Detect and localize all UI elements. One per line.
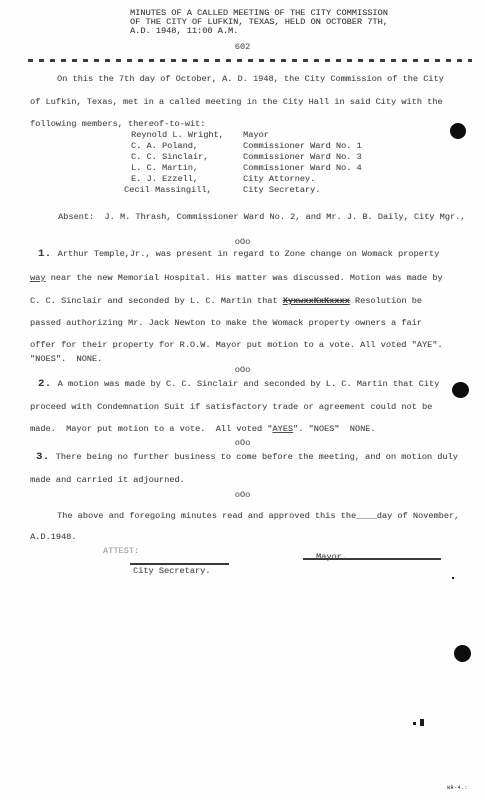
item2-line-1-text: A motion was made by C. C. Sinclair and … (58, 379, 440, 389)
item1-line-6: "NOES". NONE. (30, 354, 102, 364)
item2-number: 2. (38, 378, 52, 390)
intro-line-2: of Lufkin, Texas, met in a called meetin… (30, 97, 443, 107)
hole-punch-mark (452, 382, 469, 398)
mayor-label: Mayor. (316, 552, 347, 562)
section-separator: oOo (0, 438, 485, 448)
member-name: E. J. Ezzell, (131, 174, 243, 184)
item3-number: 3. (36, 451, 50, 463)
doc-title-line-3: A.D. 1948, 11:00 A.M. (130, 26, 238, 36)
item2-underlined-word: AYES (272, 424, 293, 434)
intro-line-3: following members, thereof-to-wit: (30, 119, 205, 129)
item2-line-1: 2.A motion was made by C. C. Sinclair an… (38, 379, 439, 389)
item2-line-2: proceed with Condemnation Suit if satisf… (30, 402, 432, 412)
attest-label: ATTEST: (103, 546, 139, 556)
ink-speck (452, 577, 454, 579)
secretary-signature-line (130, 563, 229, 565)
member-row: Reynold L. Wright,Mayor (131, 130, 269, 140)
absent-line: Absent: J. M. Thrash, Commissioner Ward … (58, 212, 465, 222)
item2-line-3: made. Mayor put motion to a vote. All vo… (30, 424, 376, 434)
member-name: L. C. Martin, (131, 163, 243, 173)
item1-line-1: 1.Arthur Temple,Jr., was present in rega… (38, 249, 439, 259)
hole-punch-mark (450, 123, 466, 139)
member-title: Mayor (243, 130, 269, 140)
page-number: 602 (0, 42, 485, 52)
member-row: C. A. Poland,Commissioner Ward No. 1 (131, 141, 362, 151)
ink-speck (413, 722, 416, 725)
section-separator: oOo (0, 365, 485, 375)
item1-struck-word: XyxwxxKxKxxxx (283, 296, 350, 306)
member-name: Cecil Massingill, (124, 185, 243, 195)
member-row: L. C. Martin,Commissioner Ward No. 4 (131, 163, 362, 173)
scanned-minutes-page: MINUTES OF A CALLED MEETING OF THE CITY … (0, 0, 485, 800)
hole-punch-mark (454, 645, 471, 662)
member-title: City Attorney. (243, 174, 315, 184)
member-row: Cecil Massingill,City Secretary. (124, 185, 320, 195)
item1-line-5: offer for their property for R.O.W. Mayo… (30, 340, 443, 350)
ink-speck (420, 719, 424, 726)
section-separator: oOo (0, 490, 485, 500)
member-title: City Secretary. (243, 185, 320, 195)
item1-line-3: C. C. Sinclair and seconded by L. C. Mar… (30, 296, 422, 306)
member-row: C. C. Sinclair,Commissioner Ward No. 3 (131, 152, 362, 162)
item1-line-1-text: Arthur Temple,Jr., was present in regard… (58, 249, 440, 259)
member-row: E. J. Ezzell,City Attorney. (131, 174, 315, 184)
secretary-label: City Secretary. (133, 566, 210, 576)
member-title: Commissioner Ward No. 1 (243, 141, 362, 151)
member-title: Commissioner Ward No. 4 (243, 163, 362, 173)
item1-number: 1. (38, 248, 52, 260)
member-name: Reynold L. Wright, (131, 130, 243, 140)
intro-line-1: On this the 7th day of October, A. D. 19… (57, 74, 444, 84)
item1-line-3-pre: C. C. Sinclair and seconded by L. C. Mar… (30, 296, 283, 306)
member-title: Commissioner Ward No. 3 (243, 152, 362, 162)
dashed-divider (28, 59, 472, 62)
closing-line-2: A.D.1948. (30, 532, 76, 542)
item1-underlined-word: way (30, 273, 45, 283)
item2-line-3-post: ". "NOES" NONE. (293, 424, 376, 434)
closing-line-1: The above and foregoing minutes read and… (57, 511, 459, 521)
item2-line-3-pre: made. Mayor put motion to a vote. All vo… (30, 424, 272, 434)
item1-line-3-post: Resolution be (350, 296, 422, 306)
member-name: C. C. Sinclair, (131, 152, 243, 162)
item3-line-1-text: There being no further business to come … (56, 452, 458, 462)
item1-line-2: way near the new Memorial Hospital. His … (30, 273, 443, 283)
member-name: C. A. Poland, (131, 141, 243, 151)
section-separator: oOo (0, 237, 485, 247)
item1-line-2-text: near the new Memorial Hospital. His matt… (45, 273, 442, 283)
item3-line-2: made and carried it adjourned. (30, 475, 185, 485)
item3-line-1: 3.There being no further business to com… (36, 452, 458, 462)
item1-line-4: passed authorizing Mr. Jack Newton to ma… (30, 318, 422, 328)
microfilm-id-mark: WR-4.: (447, 786, 468, 791)
